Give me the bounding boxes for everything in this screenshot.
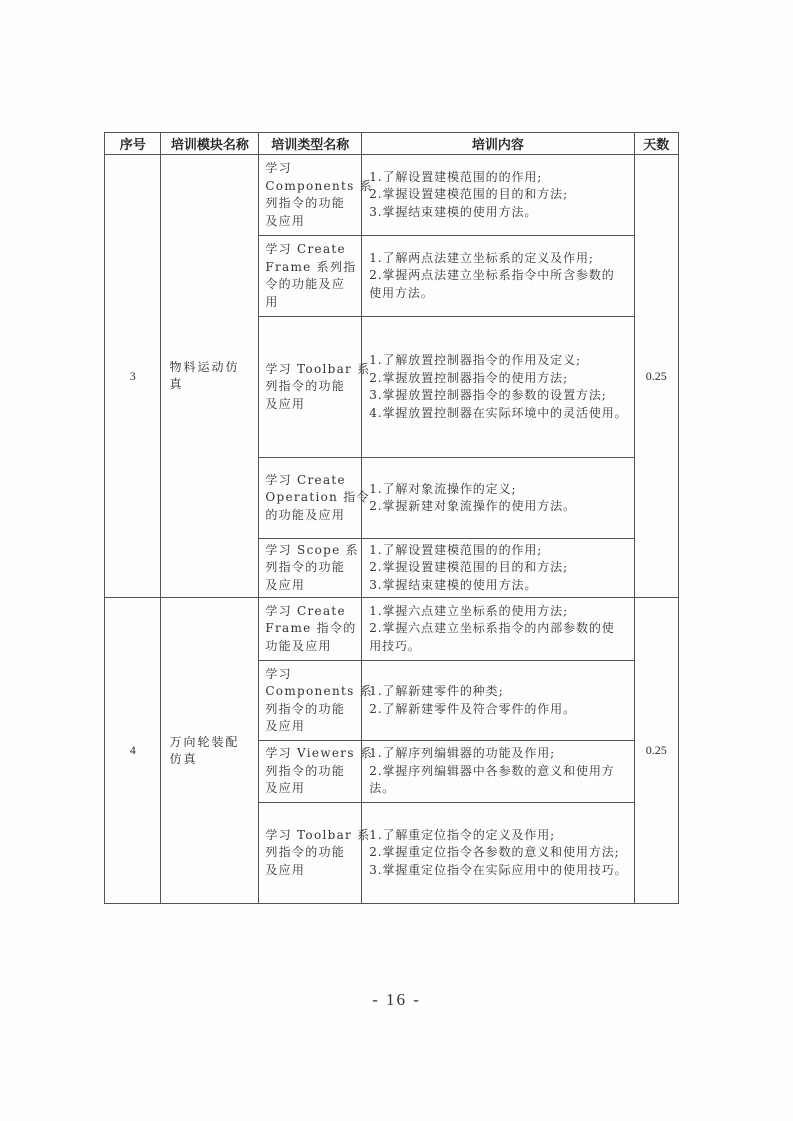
type-line: 学习 Toolbar 系: [265, 361, 357, 379]
type-line: 及应用: [265, 577, 357, 595]
type-line: 令的功能及应: [265, 276, 357, 294]
type-line: 学习: [265, 160, 357, 178]
training-type: 学习 Components 系 列指令的功能 及应用: [259, 155, 362, 236]
days-value: 0.25: [634, 598, 678, 904]
content-line: 法。: [369, 780, 629, 798]
content-line: 2.掌握六点建立坐标系指令的内部参数的使: [369, 620, 629, 638]
type-line: 功能及应用: [265, 638, 357, 656]
content-line: 3.掌握结束建模的使用方法。: [369, 577, 629, 595]
type-line: 学习 Scope 系: [265, 542, 357, 560]
type-line: Frame 指令的: [265, 620, 357, 638]
type-line: 列指令的功能: [265, 378, 357, 396]
content-line: 1.了解序列编辑器的功能及作用;: [369, 745, 629, 763]
content-line: 1.了解放置控制器指令的作用及定义;: [369, 352, 629, 370]
type-line: 学习 Create: [265, 603, 357, 621]
training-content: 1.了解设置建模范围的的作用; 2.掌握设置建模范围的目的和方法; 3.掌握结束…: [362, 539, 634, 598]
training-content: 1.了解放置控制器指令的作用及定义; 2.掌握放置控制器指令的使用方法; 3.掌…: [362, 317, 634, 458]
content-line: 1.了解对象流操作的定义;: [369, 481, 629, 499]
type-line: 学习 Create: [265, 241, 357, 259]
content-line: 2.掌握新建对象流操作的使用方法。: [369, 498, 629, 516]
type-line: 及应用: [265, 780, 357, 798]
training-type: 学习 Toolbar 系 列指令的功能 及应用: [259, 803, 362, 904]
content-line: 2.掌握设置建模范围的目的和方法;: [369, 186, 629, 204]
training-type: 学习 Scope 系 列指令的功能 及应用: [259, 539, 362, 598]
type-line: 列指令的功能: [265, 763, 357, 781]
content-line: 1.掌握六点建立坐标系的使用方法;: [369, 603, 629, 621]
type-line: 及应用: [265, 862, 357, 880]
content-line: 使用方法。: [369, 285, 629, 303]
content-line: 2.掌握设置建模范围的目的和方法;: [369, 559, 629, 577]
header-content: 培训内容: [362, 133, 634, 155]
table-row: 3 物料运动仿真 学习 Components 系 列指令的功能 及应用 1.了解…: [105, 155, 679, 236]
header-no: 序号: [105, 133, 161, 155]
type-line: 列指令的功能: [265, 195, 357, 213]
page-number: - 16 -: [0, 990, 793, 1010]
type-line: Frame 系列指: [265, 259, 357, 277]
content-line: 1.了解重定位指令的定义及作用;: [369, 827, 629, 845]
content-line: 1.了解新建零件的种类;: [369, 683, 629, 701]
training-type: 学习 Create Operation 指令 的功能及应用: [259, 458, 362, 539]
training-content: 1.了解对象流操作的定义; 2.掌握新建对象流操作的使用方法。: [362, 458, 634, 539]
days-value: 0.25: [634, 155, 678, 598]
content-line: 4.掌握放置控制器在实际环境中的灵活使用。: [369, 405, 629, 423]
training-type: 学习 Toolbar 系 列指令的功能 及应用: [259, 317, 362, 458]
training-type: 学习 Create Frame 指令的 功能及应用: [259, 598, 362, 661]
type-line: 学习 Viewers 系: [265, 745, 357, 763]
training-type: 学习 Components 系 列指令的功能 及应用: [259, 661, 362, 741]
content-line: 2.掌握放置控制器指令的使用方法;: [369, 370, 629, 388]
content-line: 1.了解设置建模范围的的作用;: [369, 542, 629, 560]
type-line: 及应用: [265, 396, 357, 414]
type-line: 学习 Toolbar 系: [265, 827, 357, 845]
training-content: 1.掌握六点建立坐标系的使用方法; 2.掌握六点建立坐标系指令的内部参数的使 用…: [362, 598, 634, 661]
module-name: 万向轮装配仿真: [161, 598, 259, 904]
type-line: 学习 Create: [265, 472, 357, 490]
module-name: 物料运动仿真: [161, 155, 259, 598]
training-table: 序号 培训模块名称 培训类型名称 培训内容 天数 3 物料运动仿真 学习 Com…: [104, 132, 679, 904]
content-line: 用技巧。: [369, 638, 629, 656]
training-type: 学习 Viewers 系 列指令的功能 及应用: [259, 741, 362, 803]
content-line: 2.了解新建零件及符合零件的作用。: [369, 701, 629, 719]
content-line: 3.掌握重定位指令在实际应用中的使用技巧。: [369, 862, 629, 880]
training-content: 1.了解两点法建立坐标系的定义及作用; 2.掌握两点法建立坐标系指令中所含参数的…: [362, 236, 634, 317]
content-line: 1.了解设置建模范围的的作用;: [369, 169, 629, 187]
type-line: 学习: [265, 666, 357, 684]
content-line: 2.掌握序列编辑器中各参数的意义和使用方: [369, 763, 629, 781]
type-line: Components 系: [265, 178, 357, 196]
type-line: 的功能及应用: [265, 507, 357, 525]
type-line: 及应用: [265, 213, 357, 231]
training-content: 1.了解重定位指令的定义及作用; 2.掌握重定位指令各参数的意义和使用方法; 3…: [362, 803, 634, 904]
table-header-row: 序号 培训模块名称 培训类型名称 培训内容 天数: [105, 133, 679, 155]
type-line: 列指令的功能: [265, 559, 357, 577]
type-line: 列指令的功能: [265, 701, 357, 719]
type-line: Components 系: [265, 683, 357, 701]
training-content: 1.了解序列编辑器的功能及作用; 2.掌握序列编辑器中各参数的意义和使用方 法。: [362, 741, 634, 803]
content-line: 3.掌握结束建模的使用方法。: [369, 204, 629, 222]
training-type: 学习 Create Frame 系列指 令的功能及应 用: [259, 236, 362, 317]
training-content: 1.了解新建零件的种类; 2.了解新建零件及符合零件的作用。: [362, 661, 634, 741]
header-module: 培训模块名称: [161, 133, 259, 155]
training-content: 1.了解设置建模范围的的作用; 2.掌握设置建模范围的目的和方法; 3.掌握结束…: [362, 155, 634, 236]
header-days: 天数: [634, 133, 678, 155]
row-number: 4: [105, 598, 161, 904]
type-line: 用: [265, 294, 357, 312]
content-line: 1.了解两点法建立坐标系的定义及作用;: [369, 250, 629, 268]
type-line: 列指令的功能: [265, 844, 357, 862]
header-type: 培训类型名称: [259, 133, 362, 155]
type-line: 及应用: [265, 718, 357, 736]
content-line: 2.掌握两点法建立坐标系指令中所含参数的: [369, 267, 629, 285]
content-line: 3.掌握放置控制器指令的参数的设置方法;: [369, 387, 629, 405]
content-line: 2.掌握重定位指令各参数的意义和使用方法;: [369, 844, 629, 862]
type-line: Operation 指令: [265, 489, 357, 507]
row-number: 3: [105, 155, 161, 598]
table-row: 4 万向轮装配仿真 学习 Create Frame 指令的 功能及应用 1.掌握…: [105, 598, 679, 661]
